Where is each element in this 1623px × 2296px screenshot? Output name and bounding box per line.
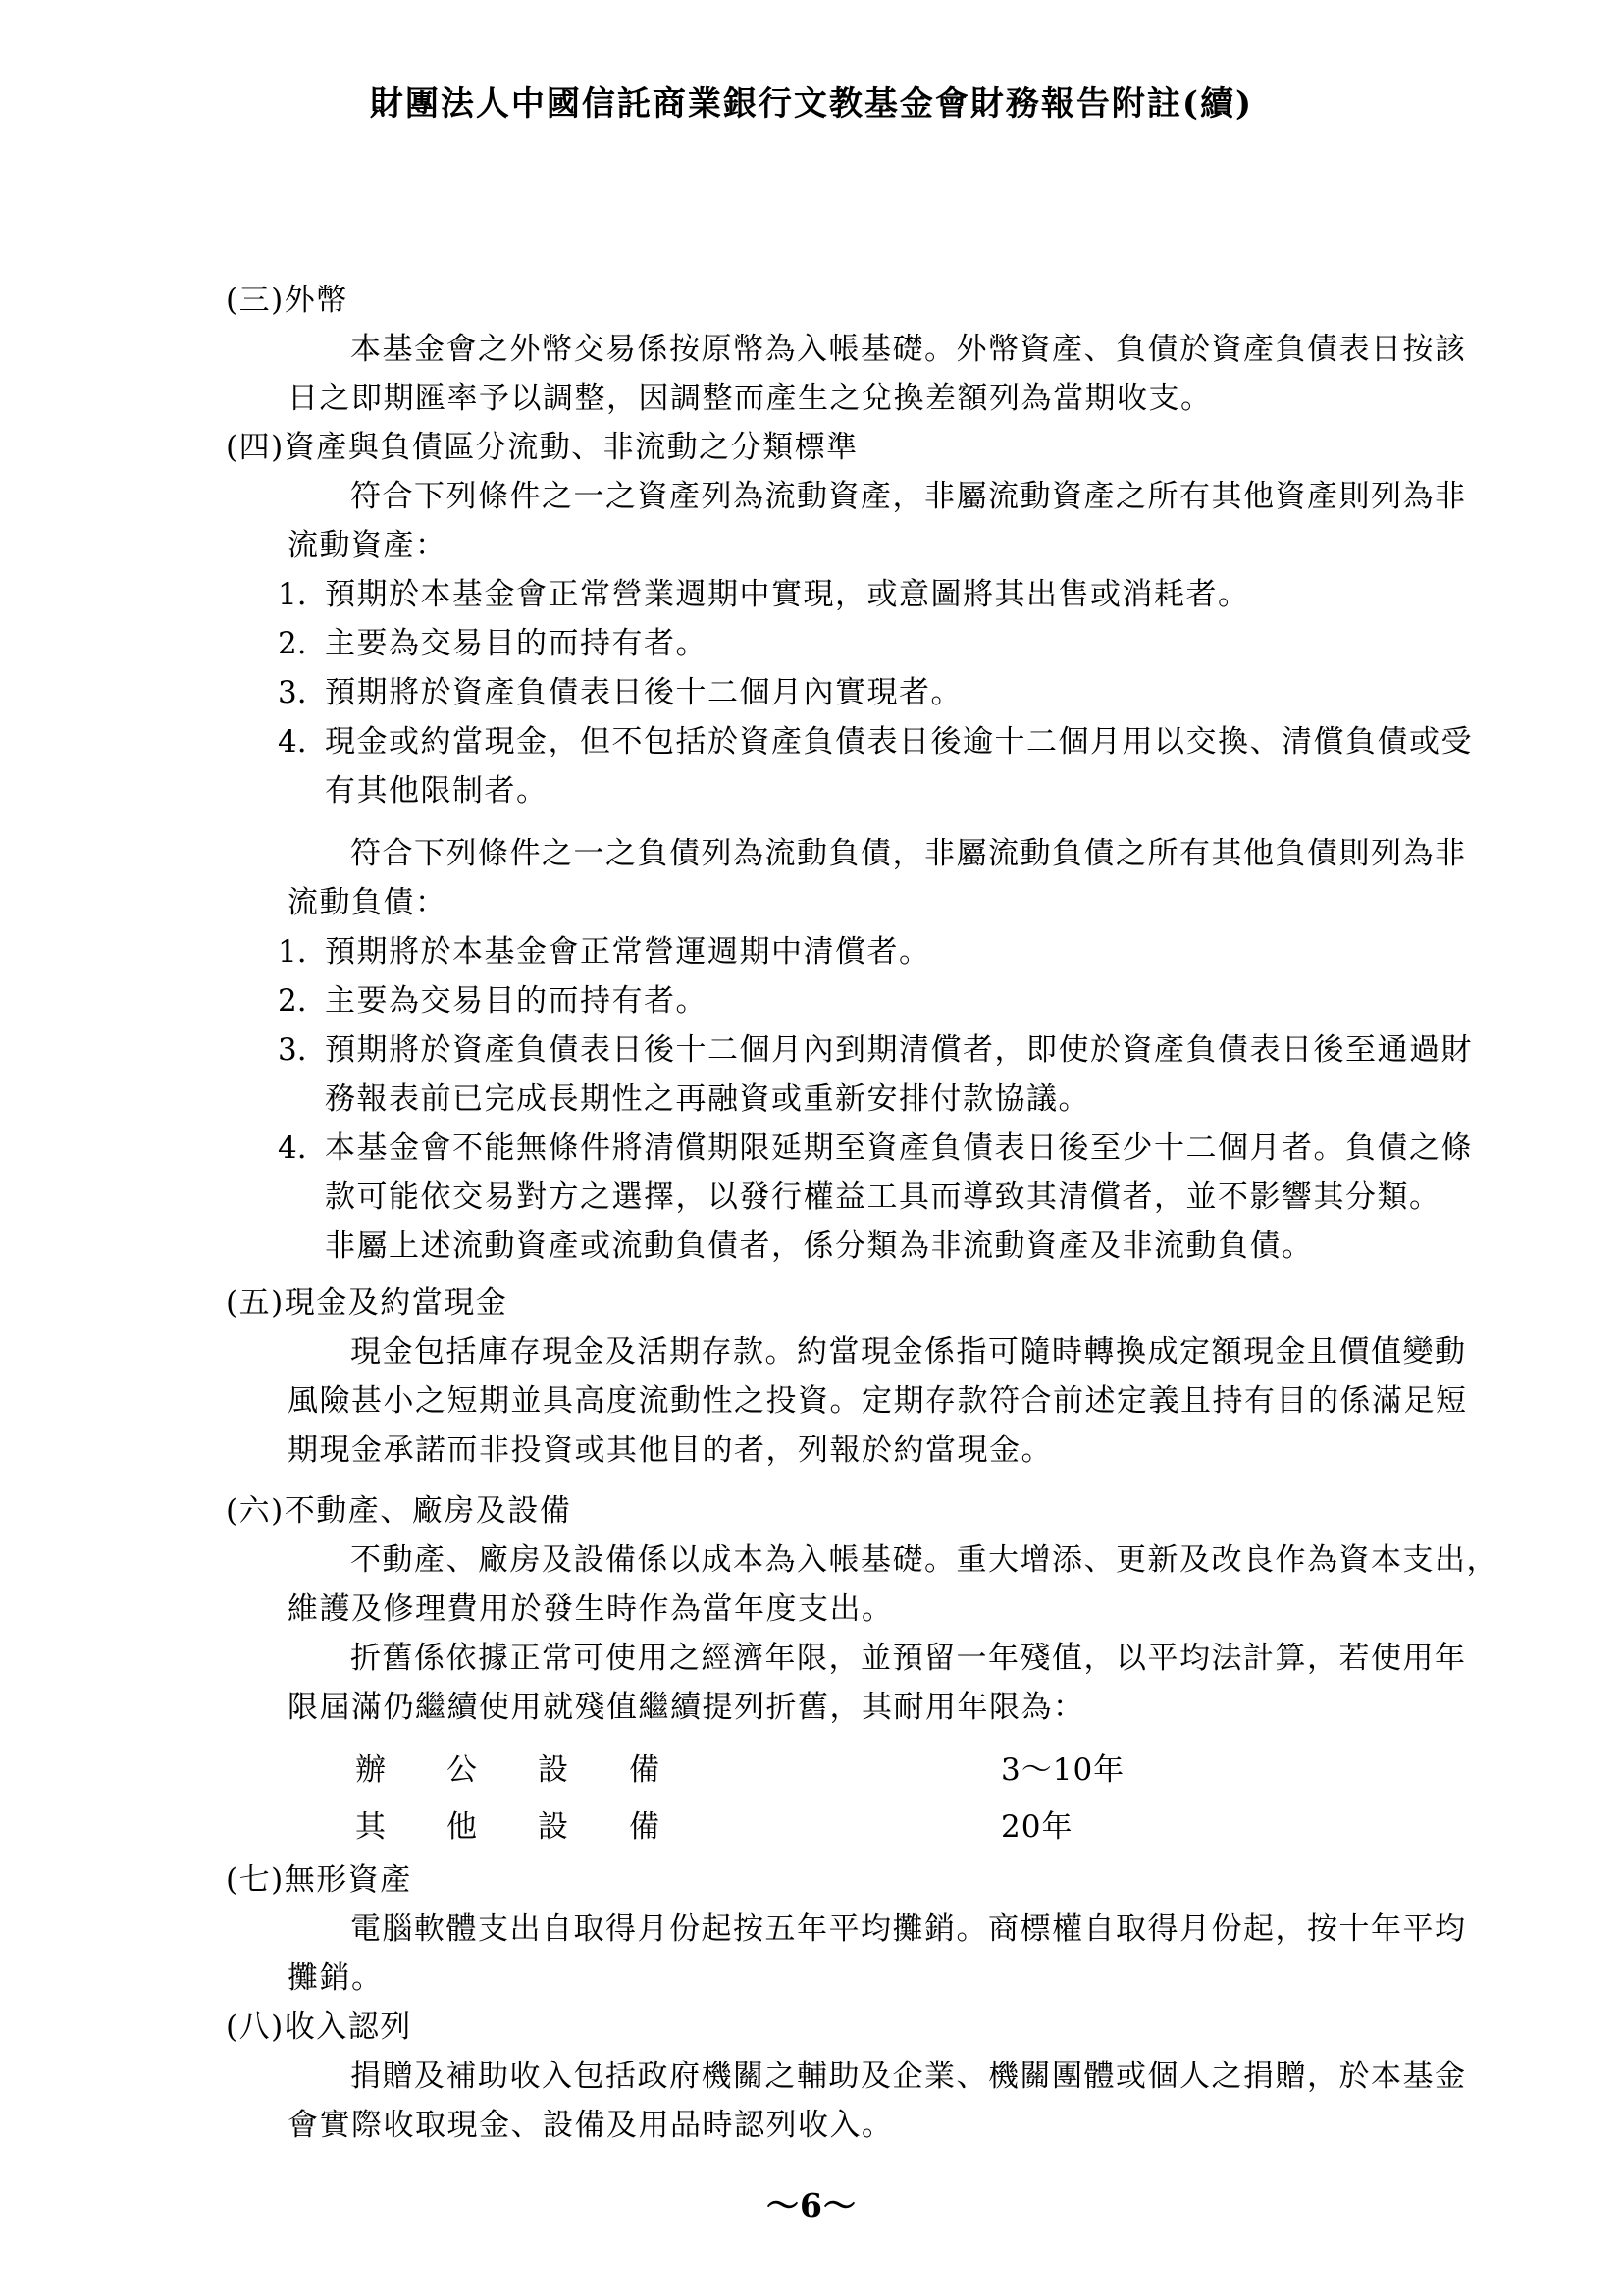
body-line: 折舊係依據正常可使用之經濟年限，並預留一年殘值，以平均法計算，若使用年 <box>0 1634 1623 1683</box>
list-item-text: 主要為交易目的而持有者。 <box>325 626 707 661</box>
page-number: ～6～ <box>0 2180 1623 2226</box>
asset-category-label: 辦公設備 <box>0 1752 720 1788</box>
list-item-text: 主要為交易目的而持有者。 <box>325 983 707 1018</box>
list-item-number: 2. <box>278 619 325 668</box>
useful-life-value: 3～10年 <box>1001 1742 1125 1799</box>
section-heading-7: (七)無形資產 <box>0 1855 1623 1905</box>
body-line: 維護及修理費用於發生時作為當年度支出。 <box>0 1585 1623 1634</box>
section-heading-4: (四)資產與負債區分流動、非流動之分類標準 <box>0 423 1623 472</box>
body-line: 不動產、廠房及設備係以成本為入帳基礎。重大增添、更新及改良作為資本支出， <box>0 1536 1623 1585</box>
body-line: 符合下列條件之一之負債列為流動負債，非屬流動負債之所有其他負債則列為非 <box>0 829 1623 878</box>
list-item-text: 預期將於資產負債表日後十二個月內到期清償者，即使於資產負債表日後至通過財 <box>325 1032 1473 1068</box>
body-line: 捐贈及補助收入包括政府機關之輔助及企業、機關團體或個人之捐贈，於本基金 <box>0 2052 1623 2101</box>
section-heading-5: (五)現金及約當現金 <box>0 1278 1623 1328</box>
list-item-number: 4. <box>278 717 325 766</box>
list-item: 1.預期於本基金會正常營業週期中實現，或意圖將其出售或消耗者。 <box>0 570 1623 619</box>
document-body: (三)外幣 本基金會之外幣交易係按原幣為入帳基礎。外幣資產、負債於資產負債表日按… <box>0 276 1623 2150</box>
list-item-text: 本基金會不能無條件將清償期限延期至資產負債表日後至少十二個月者。負債之條 <box>325 1130 1473 1166</box>
list-item-number: 2. <box>278 976 325 1025</box>
body-line: 現金包括庫存現金及活期存款。約當現金係指可隨時轉換成定額現金且價值變動 <box>0 1328 1623 1377</box>
list-item-number: 1. <box>278 927 325 976</box>
body-line: 流動資產： <box>0 521 1623 570</box>
list-item-continuation: 有其他限制者。 <box>0 766 1623 815</box>
list-item-text: 預期將於本基金會正常營運週期中清償者。 <box>325 934 931 969</box>
list-item-continuation: 款可能依交易對方之選擇，以發行權益工具而導致其清償者，並不影響其分類。 <box>0 1173 1623 1222</box>
body-line: 符合下列條件之一之資產列為流動資產，非屬流動資產之所有其他資產則列為非 <box>0 472 1623 521</box>
body-line: 限屆滿仍繼續使用就殘值繼續提列折舊，其耐用年限為： <box>0 1683 1623 1732</box>
body-line: 風險甚小之短期並具高度流動性之投資。定期存款符合前述定義且持有目的係滿足短 <box>0 1377 1623 1426</box>
body-line: 攤銷。 <box>0 1954 1623 2003</box>
list-item: 4.本基金會不能無條件將清償期限延期至資產負債表日後至少十二個月者。負債之條 <box>0 1123 1623 1173</box>
list-item-text: 現金或約當現金，但不包括於資產負債表日後逾十二個月用以交換、清償負債或受 <box>325 724 1473 759</box>
body-line: 本基金會之外幣交易係按原幣為入帳基礎。外幣資產、負債於資產負債表日按該 <box>0 325 1623 374</box>
list-item: 3.預期將於資產負債表日後十二個月內到期清償者，即使於資產負債表日後至通過財 <box>0 1025 1623 1074</box>
list-item-continuation: 務報表前已完成長期性之再融資或重新安排付款協議。 <box>0 1074 1623 1123</box>
list-item: 2.主要為交易目的而持有者。 <box>0 619 1623 668</box>
body-line: 流動負債： <box>0 878 1623 927</box>
list-item: 2.主要為交易目的而持有者。 <box>0 976 1623 1025</box>
list-item-number: 1. <box>278 570 325 619</box>
list-item-number: 3. <box>278 668 325 717</box>
body-line: 日之即期匯率予以調整，因調整而產生之兌換差額列為當期收支。 <box>0 374 1623 423</box>
body-line: 非屬上述流動資產或流動負債者，係分類為非流動資產及非流動負債。 <box>0 1222 1623 1271</box>
list-item-number: 4. <box>278 1123 325 1173</box>
section-heading-8: (八)收入認列 <box>0 2003 1623 2052</box>
section-heading-3: (三)外幣 <box>0 276 1623 325</box>
list-item-number: 3. <box>278 1025 325 1074</box>
document-page: 財團法人中國信託商業銀行文教基金會財務報告附註(續) (三)外幣 本基金會之外幣… <box>0 0 1623 2296</box>
list-item: 3.預期將於資產負債表日後十二個月內實現者。 <box>0 668 1623 717</box>
page-title: 財團法人中國信託商業銀行文教基金會財務報告附註(續) <box>0 77 1623 125</box>
body-line: 會實際收取現金、設備及用品時認列收入。 <box>0 2101 1623 2150</box>
body-line: 期現金承諾而非投資或其他目的者，列報於約當現金。 <box>0 1426 1623 1475</box>
section-heading-6: (六)不動產、廠房及設備 <box>0 1487 1623 1536</box>
useful-life-value: 20年 <box>1001 1799 1073 1855</box>
asset-category-label: 其他設備 <box>0 1809 720 1845</box>
useful-life-row: 其他設備 20年 <box>0 1799 1623 1855</box>
body-line: 電腦軟體支出自取得月份起按五年平均攤銷。商標權自取得月份起，按十年平均 <box>0 1905 1623 1954</box>
useful-life-row: 辦公設備 3～10年 <box>0 1742 1623 1799</box>
list-item: 4.現金或約當現金，但不包括於資產負債表日後逾十二個月用以交換、清償負債或受 <box>0 717 1623 766</box>
list-item-text: 預期於本基金會正常營業週期中實現，或意圖將其出售或消耗者。 <box>325 577 1250 612</box>
list-item: 1.預期將於本基金會正常營運週期中清償者。 <box>0 927 1623 976</box>
list-item-text: 預期將於資產負債表日後十二個月內實現者。 <box>325 675 963 710</box>
